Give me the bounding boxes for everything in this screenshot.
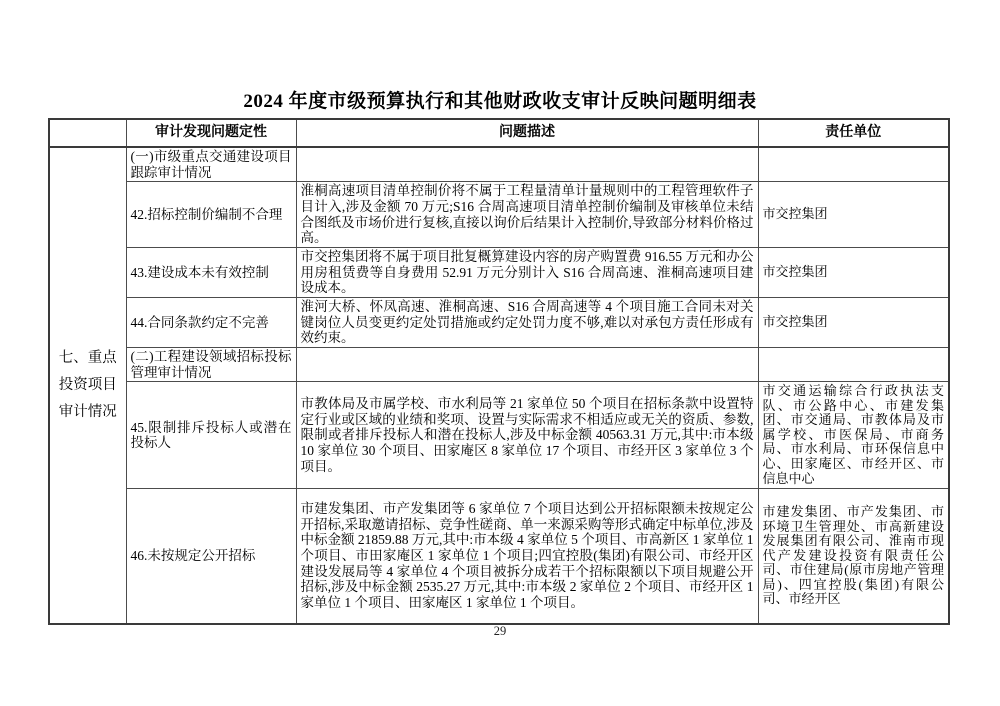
table-row-item-45: 45.限制排斥投标人或潜在投标人 市教体局及市属学校、市水利局等 21 家单位 … [49, 382, 949, 489]
unit-cell [758, 147, 949, 182]
table-header-row: 审计发现问题定性 问题描述 责任单位 [49, 119, 949, 147]
description-cell: 淮桐高速项目清单控制价将不属于工程量清单计量规则中的工程管理软件子目计入,涉及金… [296, 182, 758, 248]
unit-cell: 市交控集团 [758, 182, 949, 248]
table-row-item-44: 44.合同条款约定不完善 淮河大桥、怀凤高速、淮桐高速、S16 合周高速等 4 … [49, 297, 949, 347]
unit-cell: 市交通运输综合行政执法支队、市公路中心、市建发集团、市交通局、市教体局及市属学校… [758, 382, 949, 489]
table-row-item-46: 46.未按规定公开招标 市建发集团、市产发集团等 6 家单位 7 个项目达到公开… [49, 489, 949, 624]
description-cell [296, 347, 758, 381]
header-problem-classification: 审计发现问题定性 [126, 119, 296, 147]
page-title: 2024 年度市级预算执行和其他财政收支审计反映问题明细表 [0, 86, 1000, 113]
header-responsible-unit: 责任单位 [758, 119, 949, 147]
unit-cell: 市建发集团、市产发集团、市环境卫生管理处、市高新建设发展集团有限公司、淮南市现代… [758, 489, 949, 624]
description-cell: 淮河大桥、怀凤高速、淮桐高速、S16 合周高速等 4 个项目施工合同未对关键岗位… [296, 297, 758, 347]
document-page: 2024 年度市级预算执行和其他财政收支审计反映问题明细表 审计发现问题定性 问… [0, 0, 1000, 706]
group-label-cell: 七、重点 投资项目 审计情况 [49, 147, 126, 624]
description-cell: 市教体局及市属学校、市水利局等 21 家单位 50 个项目在招标条款中设置特定行… [296, 382, 758, 489]
header-empty-cell [49, 119, 126, 147]
description-cell: 市建发集团、市产发集团等 6 家单位 7 个项目达到公开招标限额未按规定公开招标… [296, 489, 758, 624]
table-row-item-42: 42.招标控制价编制不合理 淮桐高速项目清单控制价将不属于工程量清单计量规则中的… [49, 182, 949, 248]
category-cell: 45.限制排斥投标人或潜在投标人 [126, 382, 296, 489]
category-cell: 42.招标控制价编制不合理 [126, 182, 296, 248]
page-number: 29 [0, 624, 1000, 639]
category-cell: 43.建设成本未有效控制 [126, 247, 296, 297]
table-row-item-43: 43.建设成本未有效控制 市交控集团将不属于项目批复概算建设内容的房产购置费 9… [49, 247, 949, 297]
unit-cell: 市交控集团 [758, 297, 949, 347]
audit-findings-table: 审计发现问题定性 问题描述 责任单位 七、重点 投资项目 审计情况 (一)市级重… [48, 118, 950, 625]
table-row-section-1: 七、重点 投资项目 审计情况 (一)市级重点交通建设项目跟踪审计情况 [49, 147, 949, 182]
category-cell: 46.未按规定公开招标 [126, 489, 296, 624]
description-cell [296, 147, 758, 182]
category-cell: 44.合同条款约定不完善 [126, 297, 296, 347]
unit-cell: 市交控集团 [758, 247, 949, 297]
category-cell: (一)市级重点交通建设项目跟踪审计情况 [126, 147, 296, 182]
table-row-section-2: (二)工程建设领域招标投标管理审计情况 [49, 347, 949, 381]
description-cell: 市交控集团将不属于项目批复概算建设内容的房产购置费 916.55 万元和办公用房… [296, 247, 758, 297]
unit-cell [758, 347, 949, 381]
header-problem-description: 问题描述 [296, 119, 758, 147]
category-cell: (二)工程建设领域招标投标管理审计情况 [126, 347, 296, 381]
